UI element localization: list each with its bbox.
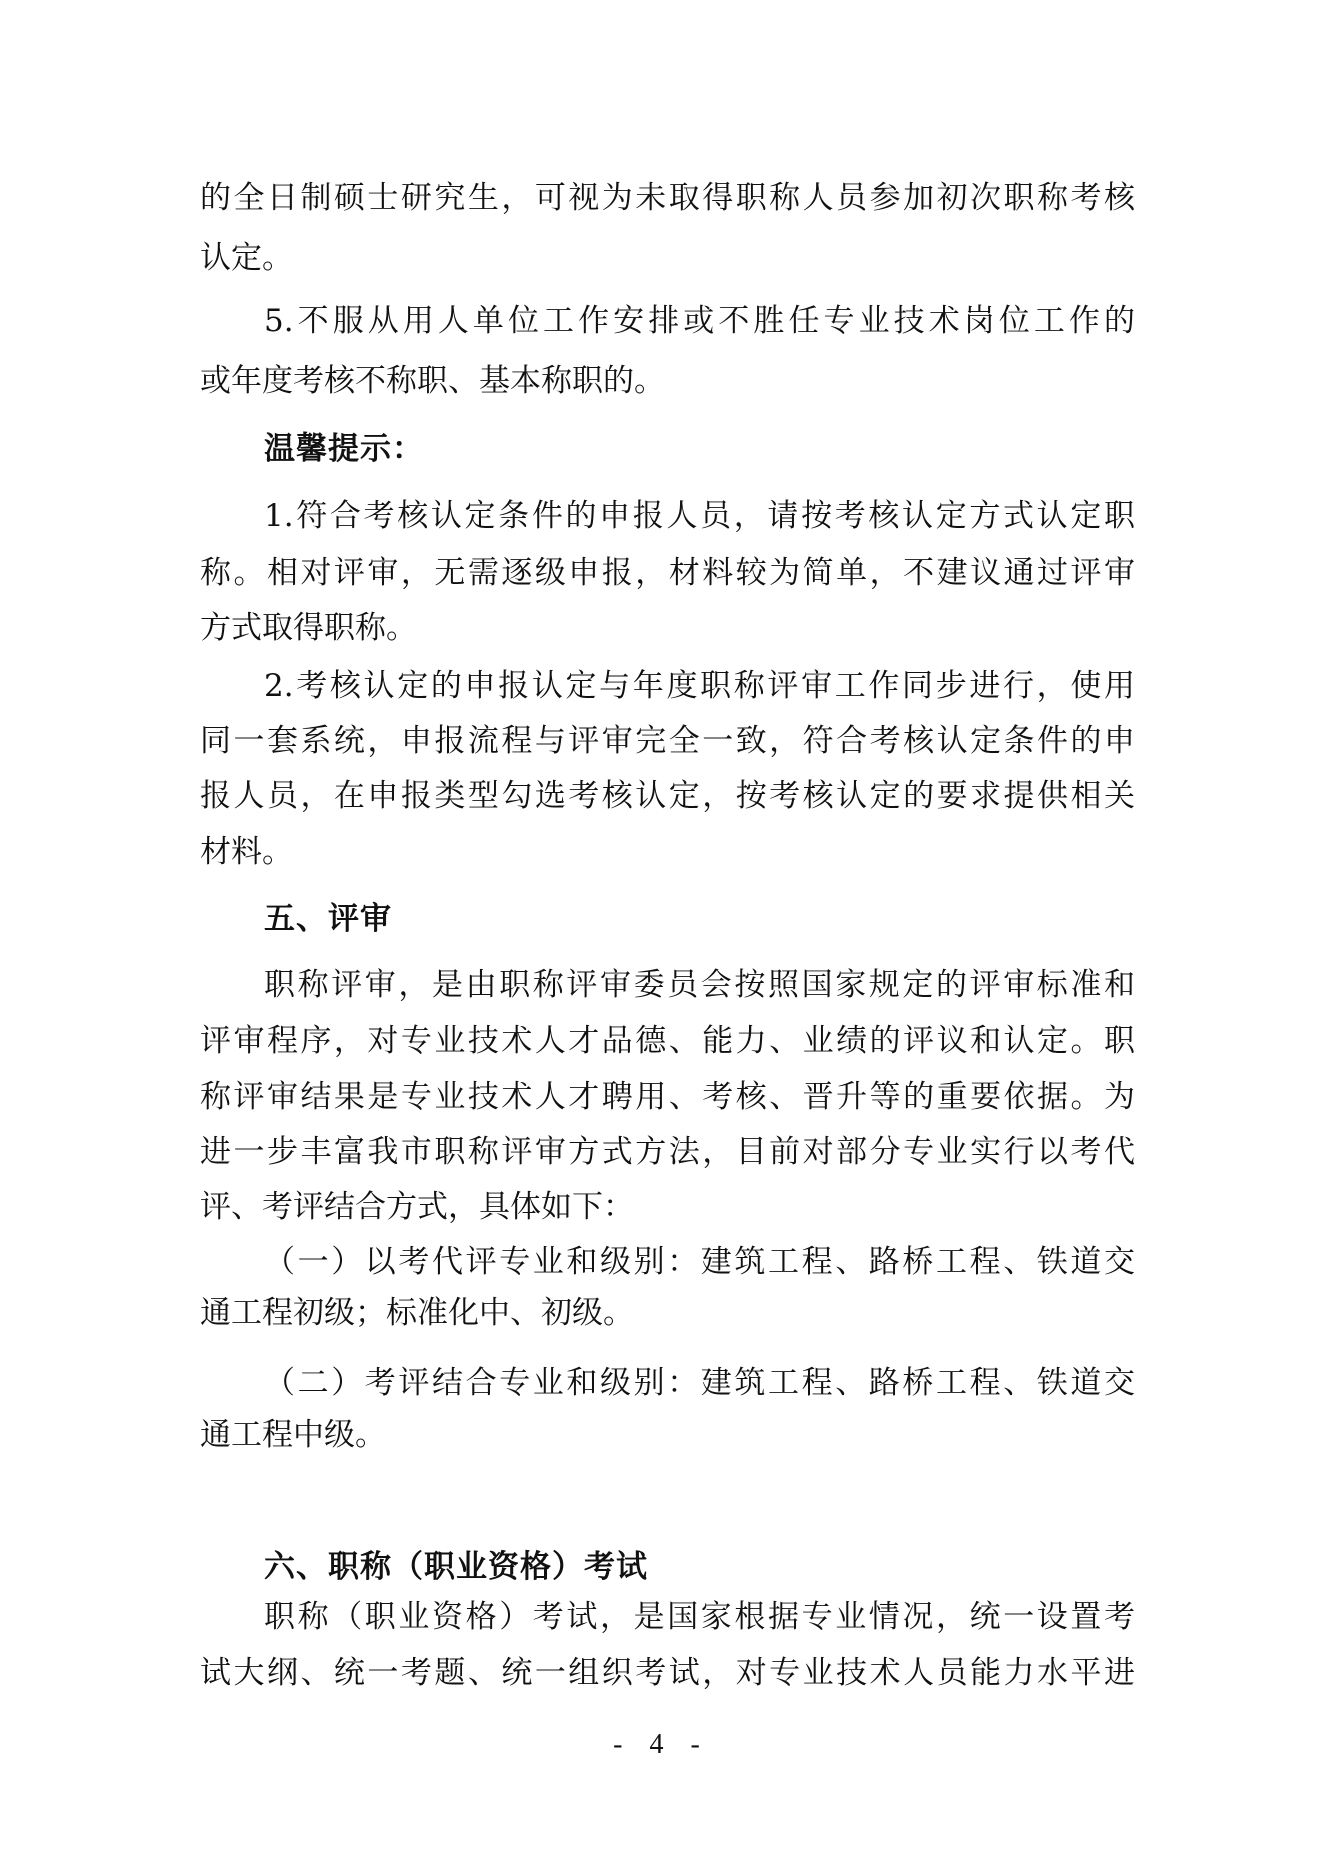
section-heading-review: 五、评审 xyxy=(264,891,392,947)
paragraph-line: 称。相对评审，无需逐级申报，材料较为简单，不建议通过评审 xyxy=(200,545,1135,601)
paragraph-line: 试大纲、统一考题、统一组织考试，对专业技术人员能力水平进 xyxy=(200,1645,1135,1701)
paragraph-line: 方式取得职称。 xyxy=(200,600,1135,656)
paragraph-line: 进一步丰富我市职称评审方式方法，目前对部分专业实行以考代 xyxy=(200,1124,1135,1180)
paragraph-line: 职称（职业资格）考试，是国家根据专业情况，统一设置考 xyxy=(264,1589,1135,1645)
document-page: 的全日制硕士研究生，可视为未取得职称人员参加初次职称考核 认定。 5.不服从用人… xyxy=(0,0,1323,1871)
paragraph-line: 2.考核认定的申报认定与年度职称评审工作同步进行，使用 xyxy=(264,658,1135,714)
paragraph-line: 职称评审，是由职称评审委员会按照国家规定的评审标准和 xyxy=(264,957,1135,1013)
paragraph-line: 报人员，在申报类型勾选考核认定，按考核认定的要求提供相关 xyxy=(200,768,1135,824)
paragraph-line: 评审程序，对专业技术人才品德、能力、业绩的评议和认定。职 xyxy=(200,1013,1135,1069)
paragraph-line: 通工程中级。 xyxy=(200,1407,1135,1463)
paragraph-line: 5.不服从用人单位工作安排或不胜任专业技术岗位工作的 xyxy=(264,293,1135,349)
paragraph-line: 通工程初级；标准化中、初级。 xyxy=(200,1285,1135,1341)
paragraph-line: 称评审结果是专业技术人才聘用、考核、晋升等的重要依据。为 xyxy=(200,1069,1135,1125)
page-number: - 4 - xyxy=(0,1722,1323,1768)
paragraph-line: 1.符合考核认定条件的申报人员，请按考核认定方式认定职 xyxy=(264,488,1135,544)
paragraph-line: 材料。 xyxy=(200,824,1135,880)
section-heading-exam: 六、职称（职业资格）考试 xyxy=(264,1539,648,1595)
paragraph-line: 同一套系统，申报流程与评审完全一致，符合考核认定条件的申 xyxy=(200,713,1135,769)
paragraph-line: 评、考评结合方式，具体如下： xyxy=(200,1179,1135,1235)
paragraph-line: 的全日制硕士研究生，可视为未取得职称人员参加初次职称考核 xyxy=(200,170,1135,226)
paragraph-line: 或年度考核不称职、基本称职的。 xyxy=(200,353,1135,409)
paragraph-line: 认定。 xyxy=(200,230,1135,286)
paragraph-line: （二）考评结合专业和级别：建筑工程、路桥工程、铁道交 xyxy=(264,1355,1135,1411)
paragraph-line: （一）以考代评专业和级别：建筑工程、路桥工程、铁道交 xyxy=(264,1234,1135,1290)
section-heading-tips: 温馨提示： xyxy=(264,421,424,477)
